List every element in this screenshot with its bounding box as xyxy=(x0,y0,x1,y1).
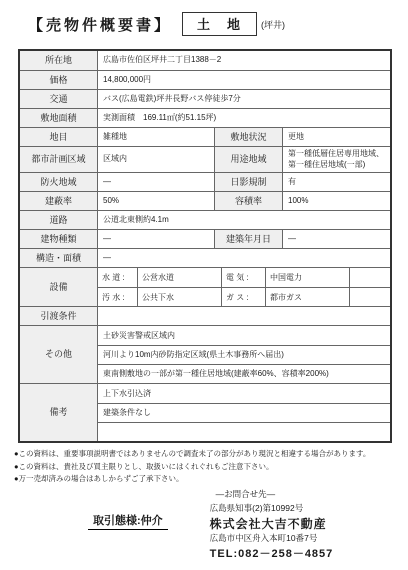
row-land-category-label: 地目 xyxy=(20,128,98,146)
row-other: その他 土砂災害警戒区域内 河川より10m内砂防指定区域(県土木事務所へ届出) … xyxy=(20,325,390,383)
row-site-condition-label: 敷地状況 xyxy=(215,128,283,146)
row-build-date-label: 建築年月日 xyxy=(215,230,283,248)
row-utilities: 設備 水 道 : 公営水道 電 気 : 中国電力 汚 水 : 公共下水 ガ ス … xyxy=(20,267,390,306)
row-land-category: 地目 雑種地 敷地状況 更地 xyxy=(20,127,390,146)
utilities-subrow-2: 汚 水 : 公共下水 ガ ス : 都市ガス xyxy=(98,287,390,306)
row-handover: 引渡条件 xyxy=(20,306,390,325)
row-price-label: 価格 xyxy=(20,71,98,89)
row-coverage-ratio-value: 50% xyxy=(98,192,215,210)
utility-electric-value: 中国電力 xyxy=(266,268,350,287)
row-transport-label: 交通 xyxy=(20,90,98,108)
row-build-date-value: ― xyxy=(283,230,390,248)
row-land-area-label: 敷地面積 xyxy=(20,109,98,127)
utility-extra-cell-2 xyxy=(350,288,390,306)
row-price-value: 14,800,000円 xyxy=(98,71,390,89)
row-location-value: 広島市佐伯区坪井二丁目1388－2 xyxy=(98,51,390,70)
property-type-note: (坪井) xyxy=(261,18,285,31)
remarks-line-2: 建築条件なし xyxy=(98,403,390,422)
row-remarks: 備考 上下水引込済 建築条件なし xyxy=(20,383,390,441)
remarks-line-1: 上下水引込済 xyxy=(98,384,390,403)
row-coverage-ratio-label: 建蔽率 xyxy=(20,192,98,210)
remarks-subrows: 上下水引込済 建築条件なし xyxy=(98,384,390,441)
row-utilities-label: 設備 xyxy=(20,268,98,306)
row-land-area: 敷地面積 実測面積 169.11㎡(約51.15坪) xyxy=(20,108,390,127)
page-title: 【売物件概要書】 xyxy=(28,14,172,35)
row-handover-value xyxy=(98,307,390,325)
row-land-area-value: 実測面積 169.11㎡(約51.15坪) xyxy=(98,109,390,127)
contact-block: ―お問合せ先― 広島県知事(2)第10992号 株式会社大吉不動産 広島市中区舟… xyxy=(210,488,334,561)
row-fire-zone-value: ― xyxy=(98,173,215,191)
utility-gas-key: ガ ス : xyxy=(222,288,266,306)
contact-heading: ―お問合せ先― xyxy=(210,488,334,500)
phone-number: TEL:082－258－4857 xyxy=(210,545,334,561)
property-type-box: 土 地 xyxy=(182,12,257,36)
header: 【売物件概要書】 土 地 (坪井) xyxy=(0,0,408,36)
row-zoning-value: 第一種低層住居専用地域、第一種住居地域(一部) xyxy=(283,147,390,172)
row-location-label: 所在地 xyxy=(20,51,98,70)
row-structure-label: 構造・面積 xyxy=(20,249,98,267)
disclaimer-notes: ●この資料は、重要事項説明書ではありませんので調査未了の部分があり現況と相違する… xyxy=(14,448,408,486)
row-building-type-label: 建物種類 xyxy=(20,230,98,248)
row-structure: 構造・面積 ― xyxy=(20,248,390,267)
row-road-label: 道路 xyxy=(20,211,98,229)
disclaimer-note-3: ●万一売却済みの場合はあしからずご了承下さい。 xyxy=(14,473,408,486)
row-location: 所在地 広島市佐伯区坪井二丁目1388－2 xyxy=(20,51,390,70)
row-city-planning-value: 区域内 xyxy=(98,147,215,172)
row-coverage-ratio: 建蔽率 50% 容積率 100% xyxy=(20,191,390,210)
row-site-condition-value: 更地 xyxy=(283,128,390,146)
row-handover-label: 引渡条件 xyxy=(20,307,98,325)
row-fire-zone-label: 防火地域 xyxy=(20,173,98,191)
row-fire-zone: 防火地域 ― 日影規制 有 xyxy=(20,172,390,191)
row-shade-regulation-value: 有 xyxy=(283,173,390,191)
row-price: 価格 14,800,000円 xyxy=(20,70,390,89)
row-city-planning: 都市計画区域 区域内 用途地域 第一種低層住居専用地域、第一種住居地域(一部) xyxy=(20,146,390,172)
row-zoning-label: 用途地域 xyxy=(215,147,283,172)
remarks-line-3 xyxy=(98,422,390,441)
row-building-type-value: ― xyxy=(98,230,215,248)
row-remarks-label: 備考 xyxy=(20,384,98,441)
row-land-category-value: 雑種地 xyxy=(98,128,215,146)
utility-sewage-value: 公共下水 xyxy=(138,288,222,306)
row-structure-value: ― xyxy=(98,249,390,267)
property-table: 所在地 広島市佐伯区坪井二丁目1388－2 価格 14,800,000円 交通 … xyxy=(18,49,392,443)
row-transport-value: バス(広島電鉄)坪井長野バス停徒歩7分 xyxy=(98,90,390,108)
utility-electric-key: 電 気 : xyxy=(222,268,266,287)
other-line-2: 河川より10m内砂防指定区域(県土木事務所へ届出) xyxy=(98,345,390,364)
utility-water-key: 水 道 : xyxy=(98,268,138,287)
transaction-type: 取引態様:仲介 xyxy=(88,512,168,530)
disclaimer-note-2: ●この資料は、貴社及び買主限りとし、取扱いにはくれぐれもご注意下さい。 xyxy=(14,461,408,474)
row-road: 道路 公道北東側約4.1m xyxy=(20,210,390,229)
utility-sewage-key: 汚 水 : xyxy=(98,288,138,306)
row-road-value: 公道北東側約4.1m xyxy=(98,211,390,229)
utilities-subrows: 水 道 : 公営水道 電 気 : 中国電力 汚 水 : 公共下水 ガ ス : 都… xyxy=(98,268,390,306)
row-floor-area-ratio-value: 100% xyxy=(283,192,390,210)
row-shade-regulation-label: 日影規制 xyxy=(215,173,283,191)
row-transport: 交通 バス(広島電鉄)坪井長野バス停徒歩7分 xyxy=(20,89,390,108)
footer: 取引態様:仲介 ―お問合せ先― 広島県知事(2)第10992号 株式会社大吉不動… xyxy=(0,488,408,561)
other-line-3: 東南側敷地の一部が第一種住居地域(建蔽率60%、容積率200%) xyxy=(98,364,390,383)
disclaimer-note-1: ●この資料は、重要事項説明書ではありませんので調査未了の部分があり現況と相違する… xyxy=(14,448,408,461)
utility-gas-value: 都市ガス xyxy=(266,288,350,306)
license-number: 広島県知事(2)第10992号 xyxy=(210,502,334,514)
other-line-1: 土砂災害警戒区域内 xyxy=(98,326,390,345)
row-building-type: 建物種類 ― 建築年月日 ― xyxy=(20,229,390,248)
row-floor-area-ratio-label: 容積率 xyxy=(215,192,283,210)
company-name: 株式会社大吉不動産 xyxy=(210,515,334,532)
utility-water-value: 公営水道 xyxy=(138,268,222,287)
utility-extra-cell-1 xyxy=(350,268,390,287)
company-address: 広島市中区舟入本町10番7号 xyxy=(210,532,334,544)
property-summary-page: 【売物件概要書】 土 地 (坪井) 所在地 広島市佐伯区坪井二丁目1388－2 … xyxy=(0,0,408,570)
other-subrows: 土砂災害警戒区域内 河川より10m内砂防指定区域(県土木事務所へ届出) 東南側敷… xyxy=(98,326,390,383)
row-city-planning-label: 都市計画区域 xyxy=(20,147,98,172)
utilities-subrow-1: 水 道 : 公営水道 電 気 : 中国電力 xyxy=(98,268,390,287)
row-other-label: その他 xyxy=(20,326,98,383)
